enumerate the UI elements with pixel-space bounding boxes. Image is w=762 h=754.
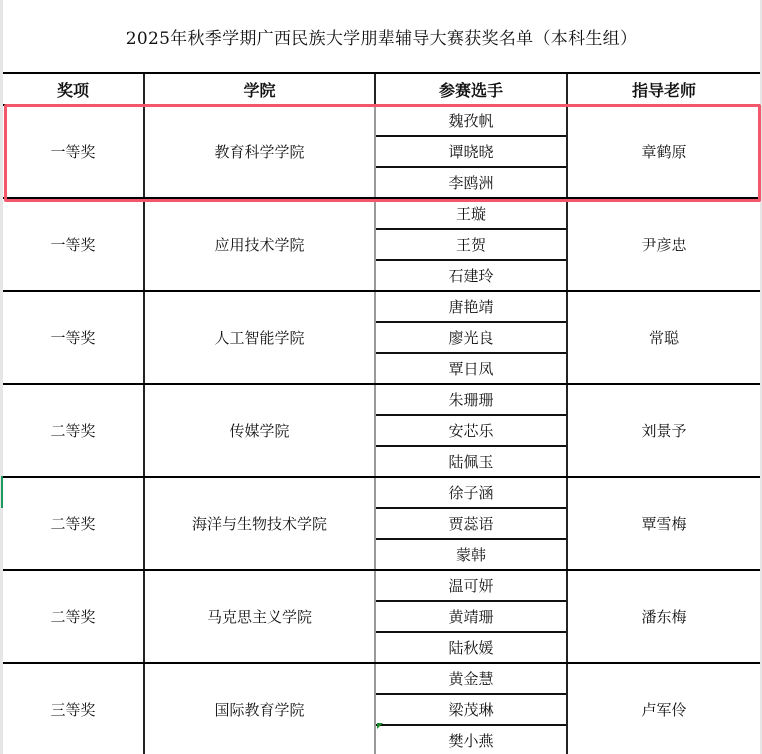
college-cell[interactable]: 应用技术学院 [145,199,376,290]
advisor-cell[interactable]: 卢军伶 [568,664,760,754]
player-cell[interactable]: 王贺 [376,230,566,261]
players-cell-group: 徐子涵 贾蕊语 蒙韩 [376,478,568,569]
advisor-cell[interactable]: 常聪 [568,292,760,383]
award-cell[interactable]: 一等奖 [3,292,145,383]
advisor-cell[interactable]: 潘东梅 [568,571,760,662]
award-group-row: 一等奖 人工智能学院 唐艳靖 廖光良 覃日凤 常聪 [3,290,760,383]
header-row: 奖项 学院 参赛选手 指导老师 [3,74,760,104]
award-group-row: 二等奖 海洋与生物技术学院 徐子涵 贾蕊语 蒙韩 覃雪梅 [3,476,760,569]
players-cell-group: 王璇 王贺 石建玲 [376,199,568,290]
award-cell[interactable]: 二等奖 [3,385,145,476]
players-cell-group: 唐艳靖 廖光良 覃日凤 [376,292,568,383]
player-cell[interactable]: 贾蕊语 [376,509,566,540]
advisor-cell[interactable]: 覃雪梅 [568,478,760,569]
player-cell[interactable]: 黄靖珊 [376,602,566,633]
player-cell[interactable]: 谭晓晓 [376,137,566,168]
player-cell[interactable]: 陆佩玉 [376,447,566,476]
player-cell[interactable]: 石建玲 [376,261,566,290]
sheet-title-cell[interactable]: 2025年秋季学期广西民族大学朋辈辅导大赛获奖名单（本科生组） [3,0,760,74]
cell-comment-indicator-icon [377,723,383,729]
player-cell[interactable]: 樊小燕 [376,726,566,754]
college-cell[interactable]: 人工智能学院 [145,292,376,383]
player-cell[interactable]: 朱珊珊 [376,385,566,416]
award-group-row: 三等奖 国际教育学院 黄金慧 梁茂琳 樊小燕 卢军伶 [3,662,760,754]
row-selection-marker [1,476,3,508]
award-cell[interactable]: 一等奖 [3,199,145,290]
advisor-cell[interactable]: 尹彦忠 [568,199,760,290]
header-advisor[interactable]: 指导老师 [568,74,760,104]
player-cell[interactable]: 覃日凤 [376,354,566,383]
college-cell[interactable]: 教育科学学院 [145,106,376,197]
player-cell[interactable]: 魏孜帆 [376,106,566,137]
player-cell[interactable]: 廖光良 [376,323,566,354]
header-award[interactable]: 奖项 [3,74,145,104]
players-cell-group: 魏孜帆 谭晓晓 李鸥洲 [376,106,568,197]
players-cell-group: 黄金慧 梁茂琳 樊小燕 [376,664,568,754]
award-cell[interactable]: 二等奖 [3,571,145,662]
player-cell[interactable]: 李鸥洲 [376,168,566,197]
header-college[interactable]: 学院 [145,74,376,104]
award-group-row: 二等奖 马克思主义学院 温可妍 黄靖珊 陆秋媛 潘东梅 [3,569,760,662]
player-cell[interactable]: 蒙韩 [376,540,566,569]
player-cell[interactable]: 陆秋媛 [376,633,566,662]
player-cell[interactable]: 黄金慧 [376,664,566,695]
player-cell[interactable]: 王璇 [376,199,566,230]
college-cell[interactable]: 马克思主义学院 [145,571,376,662]
award-group-row: 一等奖 教育科学学院 魏孜帆 谭晓晓 李鸥洲 章鹤原 [3,104,760,197]
sheet-title: 2025年秋季学期广西民族大学朋辈辅导大赛获奖名单（本科生组） [126,24,638,49]
college-cell[interactable]: 传媒学院 [145,385,376,476]
player-cell[interactable]: 温可妍 [376,571,566,602]
player-cell[interactable]: 安芯乐 [376,416,566,447]
college-cell[interactable]: 国际教育学院 [145,664,376,754]
player-cell[interactable]: 梁茂琳 [376,695,566,726]
award-cell[interactable]: 一等奖 [3,106,145,197]
advisor-cell[interactable]: 章鹤原 [568,106,760,197]
college-cell[interactable]: 海洋与生物技术学院 [145,478,376,569]
award-group-row: 一等奖 应用技术学院 王璇 王贺 石建玲 尹彦忠 [3,197,760,290]
award-cell[interactable]: 二等奖 [3,478,145,569]
award-group-row: 二等奖 传媒学院 朱珊珊 安芯乐 陆佩玉 刘景予 [3,383,760,476]
player-cell[interactable]: 徐子涵 [376,478,566,509]
spreadsheet: 2025年秋季学期广西民族大学朋辈辅导大赛获奖名单（本科生组） 奖项 学院 参赛… [0,0,762,754]
player-cell[interactable]: 唐艳靖 [376,292,566,323]
players-cell-group: 温可妍 黄靖珊 陆秋媛 [376,571,568,662]
advisor-cell[interactable]: 刘景予 [568,385,760,476]
players-cell-group: 朱珊珊 安芯乐 陆佩玉 [376,385,568,476]
award-cell[interactable]: 三等奖 [3,664,145,754]
header-players[interactable]: 参赛选手 [376,74,568,104]
